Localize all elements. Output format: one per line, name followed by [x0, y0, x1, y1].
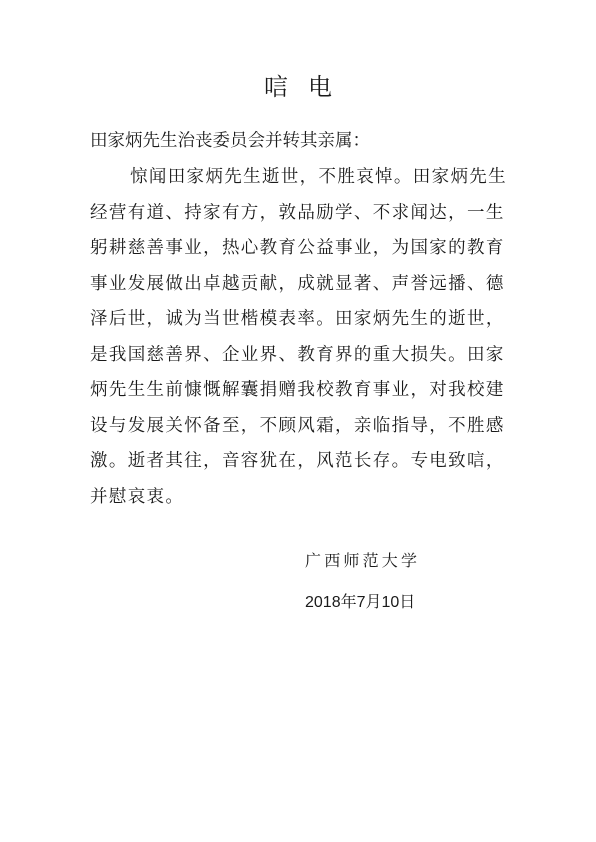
signature-date: 2018年7月10日: [305, 591, 415, 615]
body-line: 经营有道、持家有方，敦品励学、不求闻达，一生: [90, 196, 510, 232]
body-line: 事业发展做出卓越贡献，成就显著、声誉远播、德: [90, 267, 510, 303]
body-line: 躬耕慈善事业，热心教育公益事业，为国家的教育: [90, 231, 510, 267]
body-paragraph: 惊闻田家炳先生逝世，不胜哀悼。田家炳先生 经营有道、持家有方，敦品励学、不求闻达…: [90, 160, 510, 515]
document-title: 唁电: [0, 70, 596, 104]
body-line: 设与发展关怀备至，不顾风霜，亲临指导，不胜感: [90, 409, 510, 445]
body-line: 是我国慈善界、企业界、教育界的重大损失。田家: [90, 338, 510, 374]
body-line: 泽后世，诚为当世楷模表率。田家炳先生的逝世，: [90, 302, 510, 338]
body-line: 炳先生生前慷慨解囊捐赠我校教育事业，对我校建: [90, 373, 510, 409]
body-line: 惊闻田家炳先生逝世，不胜哀悼。田家炳先生: [90, 160, 510, 196]
signature-organization: 广西师范大学: [305, 549, 420, 573]
body-line: 并慰哀衷。: [90, 480, 510, 516]
salutation: 田家炳先生治丧委员会并转其亲属：: [90, 128, 370, 154]
body-line: 激。逝者其往，音容犹在，风范长存。专电致唁，: [90, 444, 510, 480]
